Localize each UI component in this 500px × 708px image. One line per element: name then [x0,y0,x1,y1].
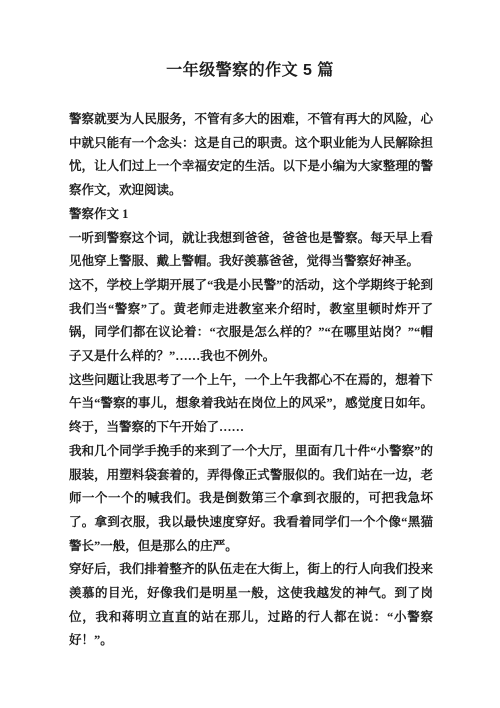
essay-paragraph-5: 穿好后，我们排着整齐的队伍走在大街上，街上的行人向我们投来羡慕的目光，好像我们是… [69,558,433,653]
essay-paragraph-3: 这些问题让我思考了一个上午，一个上午我都心不在焉的，想着下午当“警察的事儿，想象… [69,369,433,440]
essay-paragraph-4: 我和几个同学手挽手的来到了一个大厅，里面有几十件“小警察”的服装，用塑料袋套着的… [69,440,433,559]
document-body: 警察就要为人民服务，不管有多大的困难，不管有再大的风险，心中就只能有一个念头：这… [69,108,433,653]
document-page: 一年级警察的作文 5 篇 警察就要为人民服务，不管有多大的困难，不管有再大的风险… [0,0,500,708]
essay-paragraph-2: 这不，学校上学期开展了“我是小民警”的活动，这个学期终于轮到我们当“警察”了。黄… [69,274,433,369]
essay-paragraph-1: 一听到警察这个词，就让我想到爸爸，爸爸也是警察。每天早上看见他穿上警服、戴上警帽… [69,227,433,274]
document-title: 一年级警察的作文 5 篇 [0,0,500,82]
section-heading-essay-1: 警察作文 1 [69,203,433,227]
intro-paragraph: 警察就要为人民服务，不管有多大的困难，不管有再大的风险，心中就只能有一个念头：这… [69,108,433,203]
